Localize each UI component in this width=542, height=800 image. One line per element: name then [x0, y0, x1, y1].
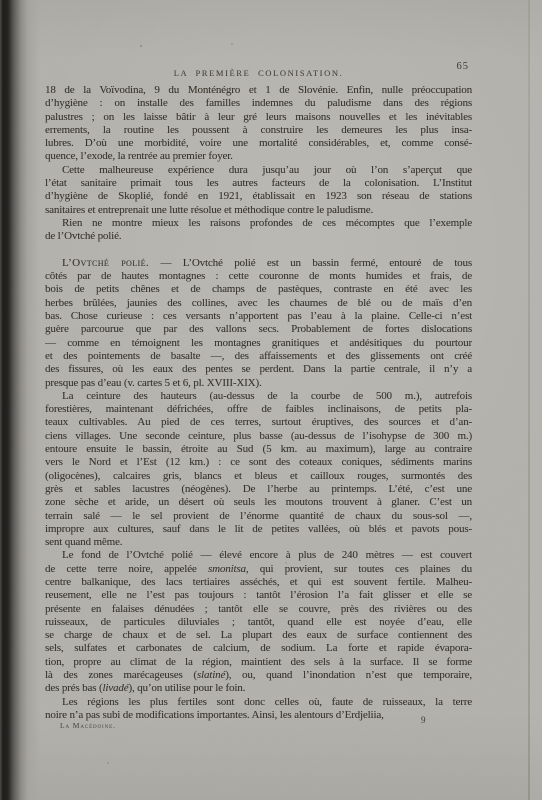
text-line: herbes brûlées, jaunies des collines, av… — [45, 297, 472, 310]
page-number: 65 — [457, 61, 470, 72]
footer-signature-number: 9 — [421, 715, 426, 725]
text-line: vers le Nord et l’Est (12 km.) : ce sont… — [45, 456, 472, 469]
text-line: quence, l’exode, la rentrée au premier f… — [45, 150, 472, 163]
page-header: LA PREMIÈRE COLONISATION. 65 — [45, 63, 472, 81]
scan-speck — [285, 562, 287, 564]
text-line: sanitaires et entreprenait une lutte rés… — [45, 204, 472, 217]
text-line: guère parcourue que par des vallons secs… — [45, 323, 472, 336]
footer-book-title: La Macédoine. — [60, 721, 116, 730]
text-line: Rien ne montre mieux les raisons profond… — [45, 217, 472, 230]
scan-speck — [140, 45, 142, 47]
text-line: presque pas d’eau (v. cartes 5 et 6, pl.… — [45, 377, 472, 390]
text-line: sels, sulfates et carbonates de calcium,… — [45, 642, 472, 655]
paragraph: 18 de la Voïvodina, 9 du Monténégro et 1… — [45, 84, 472, 164]
text-line: forestières, maintenant défrichées, offr… — [45, 403, 472, 416]
text-line: de l’Ovtché polié. — [45, 230, 472, 243]
text-line: teaux cultivables. Au pied de ces terres… — [45, 416, 472, 429]
page-crease-line — [528, 0, 530, 800]
text-line: palustres ; on les laisse bâtir à leur g… — [45, 111, 472, 124]
text-line: des prés bas (livadé), qu’on utilise pou… — [45, 682, 472, 695]
paragraph: Cette malheureuse expérience dura jusqu’… — [45, 164, 472, 217]
text-line: L’Ovtché polié. — L’Ovtché polié est un … — [45, 257, 472, 270]
text-line: zone sèche et aride, un désert où seuls … — [45, 496, 472, 509]
text-line: terrain salé — le sel provient de l’énor… — [45, 510, 472, 523]
text-line: tion, propre au climat de la région, mai… — [45, 656, 472, 669]
text-line: d’hygiène de Skoplié, fondé en 1921, éta… — [45, 190, 472, 203]
text-line: des fissures, où les eaux des pentes se … — [45, 363, 472, 376]
text-line: (oligocènes), calcaires gris, blancs et … — [45, 470, 472, 483]
text-line: 18 de la Voïvodina, 9 du Monténégro et 1… — [45, 84, 472, 97]
text-line: Les régions les plus fertiles sont donc … — [45, 696, 472, 709]
text-line: reusement, elle ne l’est pas toujours : … — [45, 589, 472, 602]
scanned-book-page: LA PREMIÈRE COLONISATION. 65 18 de la Vo… — [0, 0, 542, 800]
paragraph: Rien ne montre mieux les raisons profond… — [45, 217, 472, 244]
scan-speck — [107, 762, 109, 764]
text-line: bois de petits chênes et de champs de pa… — [45, 283, 472, 296]
text-line: ciens villages. Une seconde ceinture, pl… — [45, 430, 472, 443]
text-line: impropre aux cultures, sauf dans le lit … — [45, 523, 472, 536]
text-line: lubres. D’où une morbidité, voire une mo… — [45, 137, 472, 150]
text-line: se charge de chaux et de sel. La plupart… — [45, 629, 472, 642]
text-line: de cette terre noire, appelée smonitsa, … — [45, 563, 472, 576]
text-line: présente en falaises dénudées ; tantôt e… — [45, 603, 472, 616]
text-line: d’hygiène : on installe des familles ind… — [45, 97, 472, 110]
text-line: centre balkanique, des lacs tertiaires a… — [45, 576, 472, 589]
text-line: grès et sables lacustres (néogènes). De … — [45, 483, 472, 496]
paragraph: Les régions les plus fertiles sont donc … — [45, 696, 472, 723]
text-line: sent quand même. — [45, 536, 472, 549]
text-line: errements, la routine les poussent à con… — [45, 124, 472, 137]
scan-speck — [231, 43, 233, 45]
paragraph: L’Ovtché polié. — L’Ovtché polié est un … — [45, 257, 472, 390]
text-line: Le fond de l’Ovtché polié — élevé encore… — [45, 549, 472, 562]
page-right-edge — [530, 0, 542, 800]
running-title: LA PREMIÈRE COLONISATION. — [174, 68, 344, 78]
text-line: côtés par de hautes montagnes : cette co… — [45, 270, 472, 283]
book-spine-shadow — [0, 0, 40, 800]
text-line: l’état sanitaire primait tous les autres… — [45, 177, 472, 190]
paragraph: La ceinture des hauteurs (au-dessus de l… — [45, 390, 472, 550]
text-line: et des pointements de basalte —, des aff… — [45, 350, 472, 363]
text-line: — comme en témoignent les montagnes gran… — [45, 337, 472, 350]
text-line: ruisseaux, de particules diluviales ; ta… — [45, 616, 472, 629]
text-line: là des zones marécageuses (slatiné), ou,… — [45, 669, 472, 682]
text-line: Cette malheureuse expérience dura jusqu’… — [45, 164, 472, 177]
paragraph: Le fond de l’Ovtché polié — élevé encore… — [45, 549, 472, 695]
text-line: La ceinture des hauteurs (au-dessus de l… — [45, 390, 472, 403]
text-line: bas. Chose curieuse : ces versants n’app… — [45, 310, 472, 323]
text-line: entoure ensuite le bassin, étroite au Su… — [45, 443, 472, 456]
page-body: 18 de la Voïvodina, 9 du Monténégro et 1… — [45, 84, 472, 722]
